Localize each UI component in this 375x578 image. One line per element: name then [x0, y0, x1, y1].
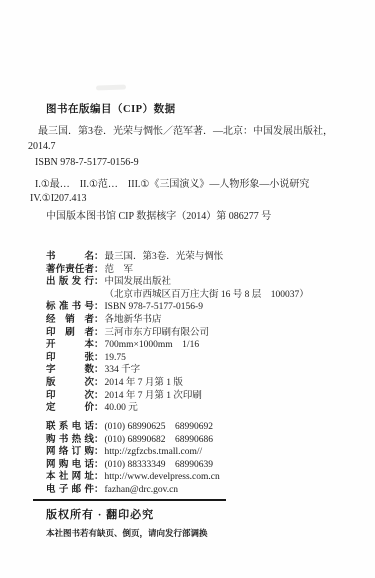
label-colon: ： [94, 327, 104, 340]
detail-label: 开本 [46, 339, 94, 352]
detail-row-isbn: 标准书号：ISBN 978-7-5177-0156-9 [46, 301, 356, 314]
detail-row-edition: 版次：2014 年 7 月第 1 版 [46, 377, 356, 390]
contact-label: 联系电话 [46, 421, 94, 434]
detail-value: 700mm×1000mm 1/16 [105, 339, 356, 352]
contact-label: 电子邮件 [46, 484, 94, 497]
label-colon: ： [94, 301, 104, 314]
scan-smudge [96, 84, 126, 90]
contact-value: (010) 68990682 68990686 [105, 434, 356, 447]
detail-label: 印刷者 [46, 327, 94, 340]
label-colon: ： [94, 471, 104, 484]
contact-value: http://zgfzcbs.tmall.com// [105, 446, 356, 459]
label-colon: ： [94, 446, 104, 459]
detail-value: 三河市东方印刷有限公司 [105, 327, 356, 340]
contact-label: 购书热线 [46, 434, 94, 447]
contact-row-phone: 联系电话：(010) 68990625 68990692 [46, 421, 356, 434]
contact-row-hotline: 购书热线：(010) 68990682 68990686 [46, 434, 356, 447]
divider-line [33, 499, 226, 501]
label-colon: ： [94, 390, 104, 403]
label-colon: ： [94, 264, 104, 277]
detail-label: 定价 [46, 402, 94, 415]
detail-row-wordcount: 字数：334 千字 [46, 364, 356, 377]
detail-label: 标准书号 [46, 301, 94, 314]
detail-value: ISBN 978-7-5177-0156-9 [105, 301, 356, 314]
label-colon: ： [94, 459, 104, 472]
contact-label: 网络订购 [46, 446, 94, 459]
label-colon: ： [94, 339, 104, 352]
contact-row-online-order: 网络订购：http://zgfzcbs.tmall.com// [46, 446, 356, 459]
detail-value: 最三国．第3卷．光荣与惆怅 [105, 251, 356, 264]
cip-entry-line2: 2014.7 [28, 140, 353, 155]
contact-value: (010) 88333349 68990639 [105, 459, 356, 472]
label-colon: ： [94, 377, 104, 390]
detail-row-author: 著作责任者：范 军 [46, 264, 356, 277]
contact-info: 联系电话：(010) 68990625 68990692 购书热线：(010) … [46, 421, 356, 497]
cip-isbn: ISBN 978-7-5177-0156-9 [35, 157, 139, 168]
detail-row-distributor: 经销者：各地新华书店 [46, 314, 356, 327]
detail-label: 书名 [46, 251, 94, 264]
cip-classification: I.①最… II.①范… III.①《三国演义》—人物形象—小说研究 IV.①I… [30, 178, 360, 205]
replacement-note: 本社图书若有缺页、倒页，请向发行部调换 [46, 527, 208, 539]
detail-row-publisher: 出版发行：中国发展出版社 [46, 276, 356, 289]
detail-row-format: 开本：700mm×1000mm 1/16 [46, 339, 356, 352]
detail-value: 334 千字 [105, 364, 356, 377]
cip-catalog-entry: 最三国．第3卷．光荣与惆怅／范军著．—北京：中国发展出版社， 2014.7 [28, 125, 353, 154]
contact-row-website: 本社网址：http://www.develpress.com.cn [46, 471, 356, 484]
detail-label: 经销者 [46, 314, 94, 327]
cip-record-number: 中国版本图书馆 CIP 数据核字（2014）第 086277 号 [46, 207, 271, 222]
contact-value: (010) 68990625 68990692 [105, 421, 356, 434]
classification-line-2: IV.①I207.413 [30, 192, 360, 206]
detail-label: 著作责任者 [46, 264, 94, 277]
detail-row-title: 书名：最三国．第3卷．光荣与惆怅 [46, 251, 356, 264]
copyright-notice: 版权所有 · 翻印必究 [46, 506, 154, 522]
label-colon: ： [94, 352, 104, 365]
contact-label: 本社网址 [46, 471, 94, 484]
detail-row-publisher-address: ：（北京市西城区百万庄大街 16 号 8 层 100037） [46, 289, 356, 302]
publication-details: 书名：最三国．第3卷．光荣与惆怅 著作责任者：范 军 出版发行：中国发展出版社 … [46, 251, 356, 415]
detail-row-printing: 印次：2014 年 7 月第 1 次印刷 [46, 390, 356, 403]
detail-row-printer: 印刷者：三河市东方印刷有限公司 [46, 327, 356, 340]
contact-value: http://www.develpress.com.cn [105, 471, 356, 484]
label-colon: ： [94, 251, 104, 264]
detail-value: 各地新华书店 [105, 314, 356, 327]
label-colon: ： [94, 434, 104, 447]
detail-value: 2014 年 7 月第 1 版 [105, 377, 356, 390]
detail-value: 19.75 [105, 352, 356, 365]
detail-row-sheets: 印张：19.75 [46, 352, 356, 365]
detail-label: 印张 [46, 352, 94, 365]
label-colon: ： [94, 402, 104, 415]
detail-label: 字数 [46, 364, 94, 377]
detail-value: 2014 年 7 月第 1 次印刷 [105, 390, 356, 403]
label-colon: ： [94, 364, 104, 377]
contact-row-email: 电子邮件：fazhan@drc.gov.cn [46, 484, 356, 497]
contact-row-order-phone: 网购电话：(010) 88333349 68990639 [46, 459, 356, 472]
contact-label: 网购电话 [46, 459, 94, 472]
label-colon: ： [94, 314, 104, 327]
cip-entry-line1: 最三国．第3卷．光荣与惆怅／范军著．—北京：中国发展出版社， [28, 125, 353, 140]
detail-label: 出版发行 [46, 276, 94, 289]
label-colon: ： [94, 421, 104, 434]
book-copyright-page: 图书在版编目（CIP）数据 最三国．第3卷．光荣与惆怅／范军著．—北京：中国发展… [0, 0, 375, 578]
detail-value: 中国发展出版社 [105, 276, 356, 289]
label-colon: ： [94, 484, 104, 497]
detail-row-price: 定价：40.00 元 [46, 402, 356, 415]
contact-value: fazhan@drc.gov.cn [105, 484, 356, 497]
detail-label: 印次 [46, 390, 94, 403]
classification-line-1: I.①最… II.①范… III.①《三国演义》—人物形象—小说研究 [35, 178, 360, 192]
detail-value: 范 军 [105, 264, 356, 277]
detail-value: 40.00 元 [105, 402, 356, 415]
label-colon: ： [94, 276, 104, 289]
publisher-address: （北京市西城区百万庄大街 16 号 8 层 100037） [105, 289, 356, 302]
cip-heading: 图书在版编目（CIP）数据 [46, 101, 176, 116]
detail-label: 版次 [46, 377, 94, 390]
